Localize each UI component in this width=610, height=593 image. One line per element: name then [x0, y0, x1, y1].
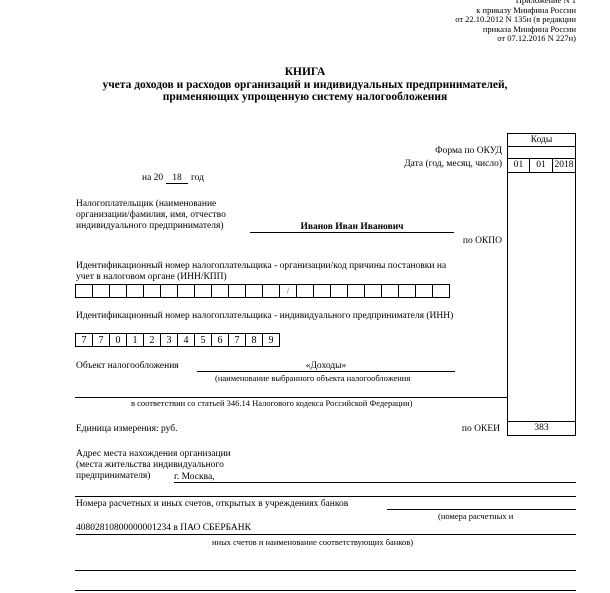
inn-cell[interactable]	[127, 284, 144, 298]
title-line-3: применяющих упрощенную систему налогообл…	[0, 91, 610, 104]
year-field[interactable]: 18	[166, 173, 188, 184]
inn-cell[interactable]	[263, 284, 280, 298]
year-suffix: год	[191, 173, 204, 184]
inn-cell[interactable]	[93, 284, 110, 298]
year-prefix: на 20	[142, 173, 163, 184]
date-label: Дата (год, месяц, число)	[404, 159, 502, 170]
taxpayer-label-line: индивидуального предпринимателя)	[76, 221, 226, 232]
accounts-line-2	[75, 570, 576, 571]
approval-line: от 07.12.2016 N 227н)	[455, 34, 576, 44]
kpp-cell[interactable]	[331, 284, 348, 298]
inn-ip-cell[interactable]: 5	[195, 333, 212, 347]
taxpayer-label-line: Налогоплательщик (наименование	[76, 199, 226, 210]
inn-ip-grid: 7 7 0 1 2 3 4 5 6 7 8 9	[75, 333, 280, 347]
date-day-field[interactable]: 01	[508, 159, 530, 172]
taxpayer-name-field[interactable]: Иванов Иван Иванович	[250, 222, 454, 233]
accounts-line-3	[75, 590, 576, 591]
inn-cell[interactable]	[229, 284, 246, 298]
okud-code-field[interactable]	[508, 147, 575, 159]
tax-object-label: Объект налогообложения	[76, 361, 179, 372]
date-year-field[interactable]: 2018	[553, 159, 575, 172]
inn-kpp-separator: /	[280, 284, 297, 298]
codes-header: Коды	[508, 134, 575, 147]
inn-kpp-grid: /	[75, 284, 450, 298]
inn-cell[interactable]	[178, 284, 195, 298]
inn-ip-cell[interactable]: 8	[246, 333, 263, 347]
form-okud-label: Форма по ОКУД	[435, 146, 502, 157]
kpp-cell[interactable]	[399, 284, 416, 298]
inn-cell[interactable]	[76, 284, 93, 298]
inn-ip-cell[interactable]: 6	[212, 333, 229, 347]
codes-box: Коды 01 01 2018 383	[507, 133, 576, 436]
tax-object-field[interactable]: «Доходы»	[197, 361, 455, 372]
accounts-field[interactable]: 40802810800000001234 в ПАО СБЕРБАНК	[76, 523, 576, 535]
kpp-cell[interactable]	[416, 284, 433, 298]
tax-object-caption-1: (наименование выбранного объекта налогоо…	[215, 374, 410, 383]
kpp-cell[interactable]	[348, 284, 365, 298]
inn-kpp-label-line-1: Идентификационный номер налогоплательщик…	[76, 261, 446, 272]
accounts-caption-1: (номера расчетных и	[438, 512, 513, 521]
inn-ip-cell[interactable]: 7	[93, 333, 110, 347]
date-code-row: 01 01 2018	[508, 159, 575, 173]
inn-ip-cell[interactable]: 4	[178, 333, 195, 347]
tax-object-caption-2: в соответствии со статьей 346.14 Налогов…	[131, 399, 412, 408]
kpp-cell[interactable]	[365, 284, 382, 298]
address-label-line: (места жительства индивидуального	[76, 460, 231, 471]
inn-ip-cell[interactable]: 7	[76, 333, 93, 347]
inn-cell[interactable]	[195, 284, 212, 298]
date-month-field[interactable]: 01	[530, 159, 553, 172]
kpp-cell[interactable]	[382, 284, 399, 298]
document-title: КНИГА учета доходов и расходов организац…	[0, 66, 610, 104]
inn-ip-cell[interactable]: 9	[263, 333, 280, 347]
inn-cell[interactable]	[144, 284, 161, 298]
inn-ip-cell[interactable]: 1	[127, 333, 144, 347]
inn-cell[interactable]	[212, 284, 229, 298]
title-line-2: учета доходов и расходов организаций и и…	[0, 79, 610, 92]
inn-kpp-label-line-2: учет в налоговом органе (ИНН/КПП)	[76, 272, 227, 283]
inn-cell[interactable]	[110, 284, 127, 298]
taxpayer-label: Налогоплательщик (наименование организац…	[76, 199, 226, 232]
inn-ip-label: Идентификационный номер налогоплательщик…	[76, 311, 453, 322]
kpp-cell[interactable]	[314, 284, 331, 298]
kpp-cell[interactable]	[297, 284, 314, 298]
inn-ip-cell[interactable]: 2	[144, 333, 161, 347]
kpp-cell[interactable]	[433, 284, 450, 298]
address-field[interactable]: г. Москва,	[174, 472, 576, 483]
accounts-caption-2: иных счетов и наименование соответствующ…	[212, 538, 413, 547]
inn-ip-cell[interactable]: 7	[229, 333, 246, 347]
approval-reference: Приложение N 1 к приказу Минфина России …	[455, 0, 576, 44]
accounts-label-line	[387, 509, 576, 510]
inn-ip-cell[interactable]: 3	[161, 333, 178, 347]
address-line-2	[75, 496, 576, 497]
taxpayer-label-line: организации/фамилия, имя, отчество	[76, 210, 226, 221]
okei-code-field[interactable]: 383	[508, 421, 575, 436]
inn-ip-cell[interactable]: 0	[110, 333, 127, 347]
okpo-label: по ОКПО	[463, 236, 502, 247]
address-label-line: Адрес места нахождения организации	[76, 449, 231, 460]
title-main: КНИГА	[0, 66, 610, 79]
accounts-label: Номера расчетных и иных счетов, открытых…	[76, 499, 348, 510]
unit-label: Единица измерения: руб.	[76, 424, 177, 435]
okei-label: по ОКЕИ	[462, 424, 500, 435]
inn-cell[interactable]	[246, 284, 263, 298]
inn-cell[interactable]	[161, 284, 178, 298]
